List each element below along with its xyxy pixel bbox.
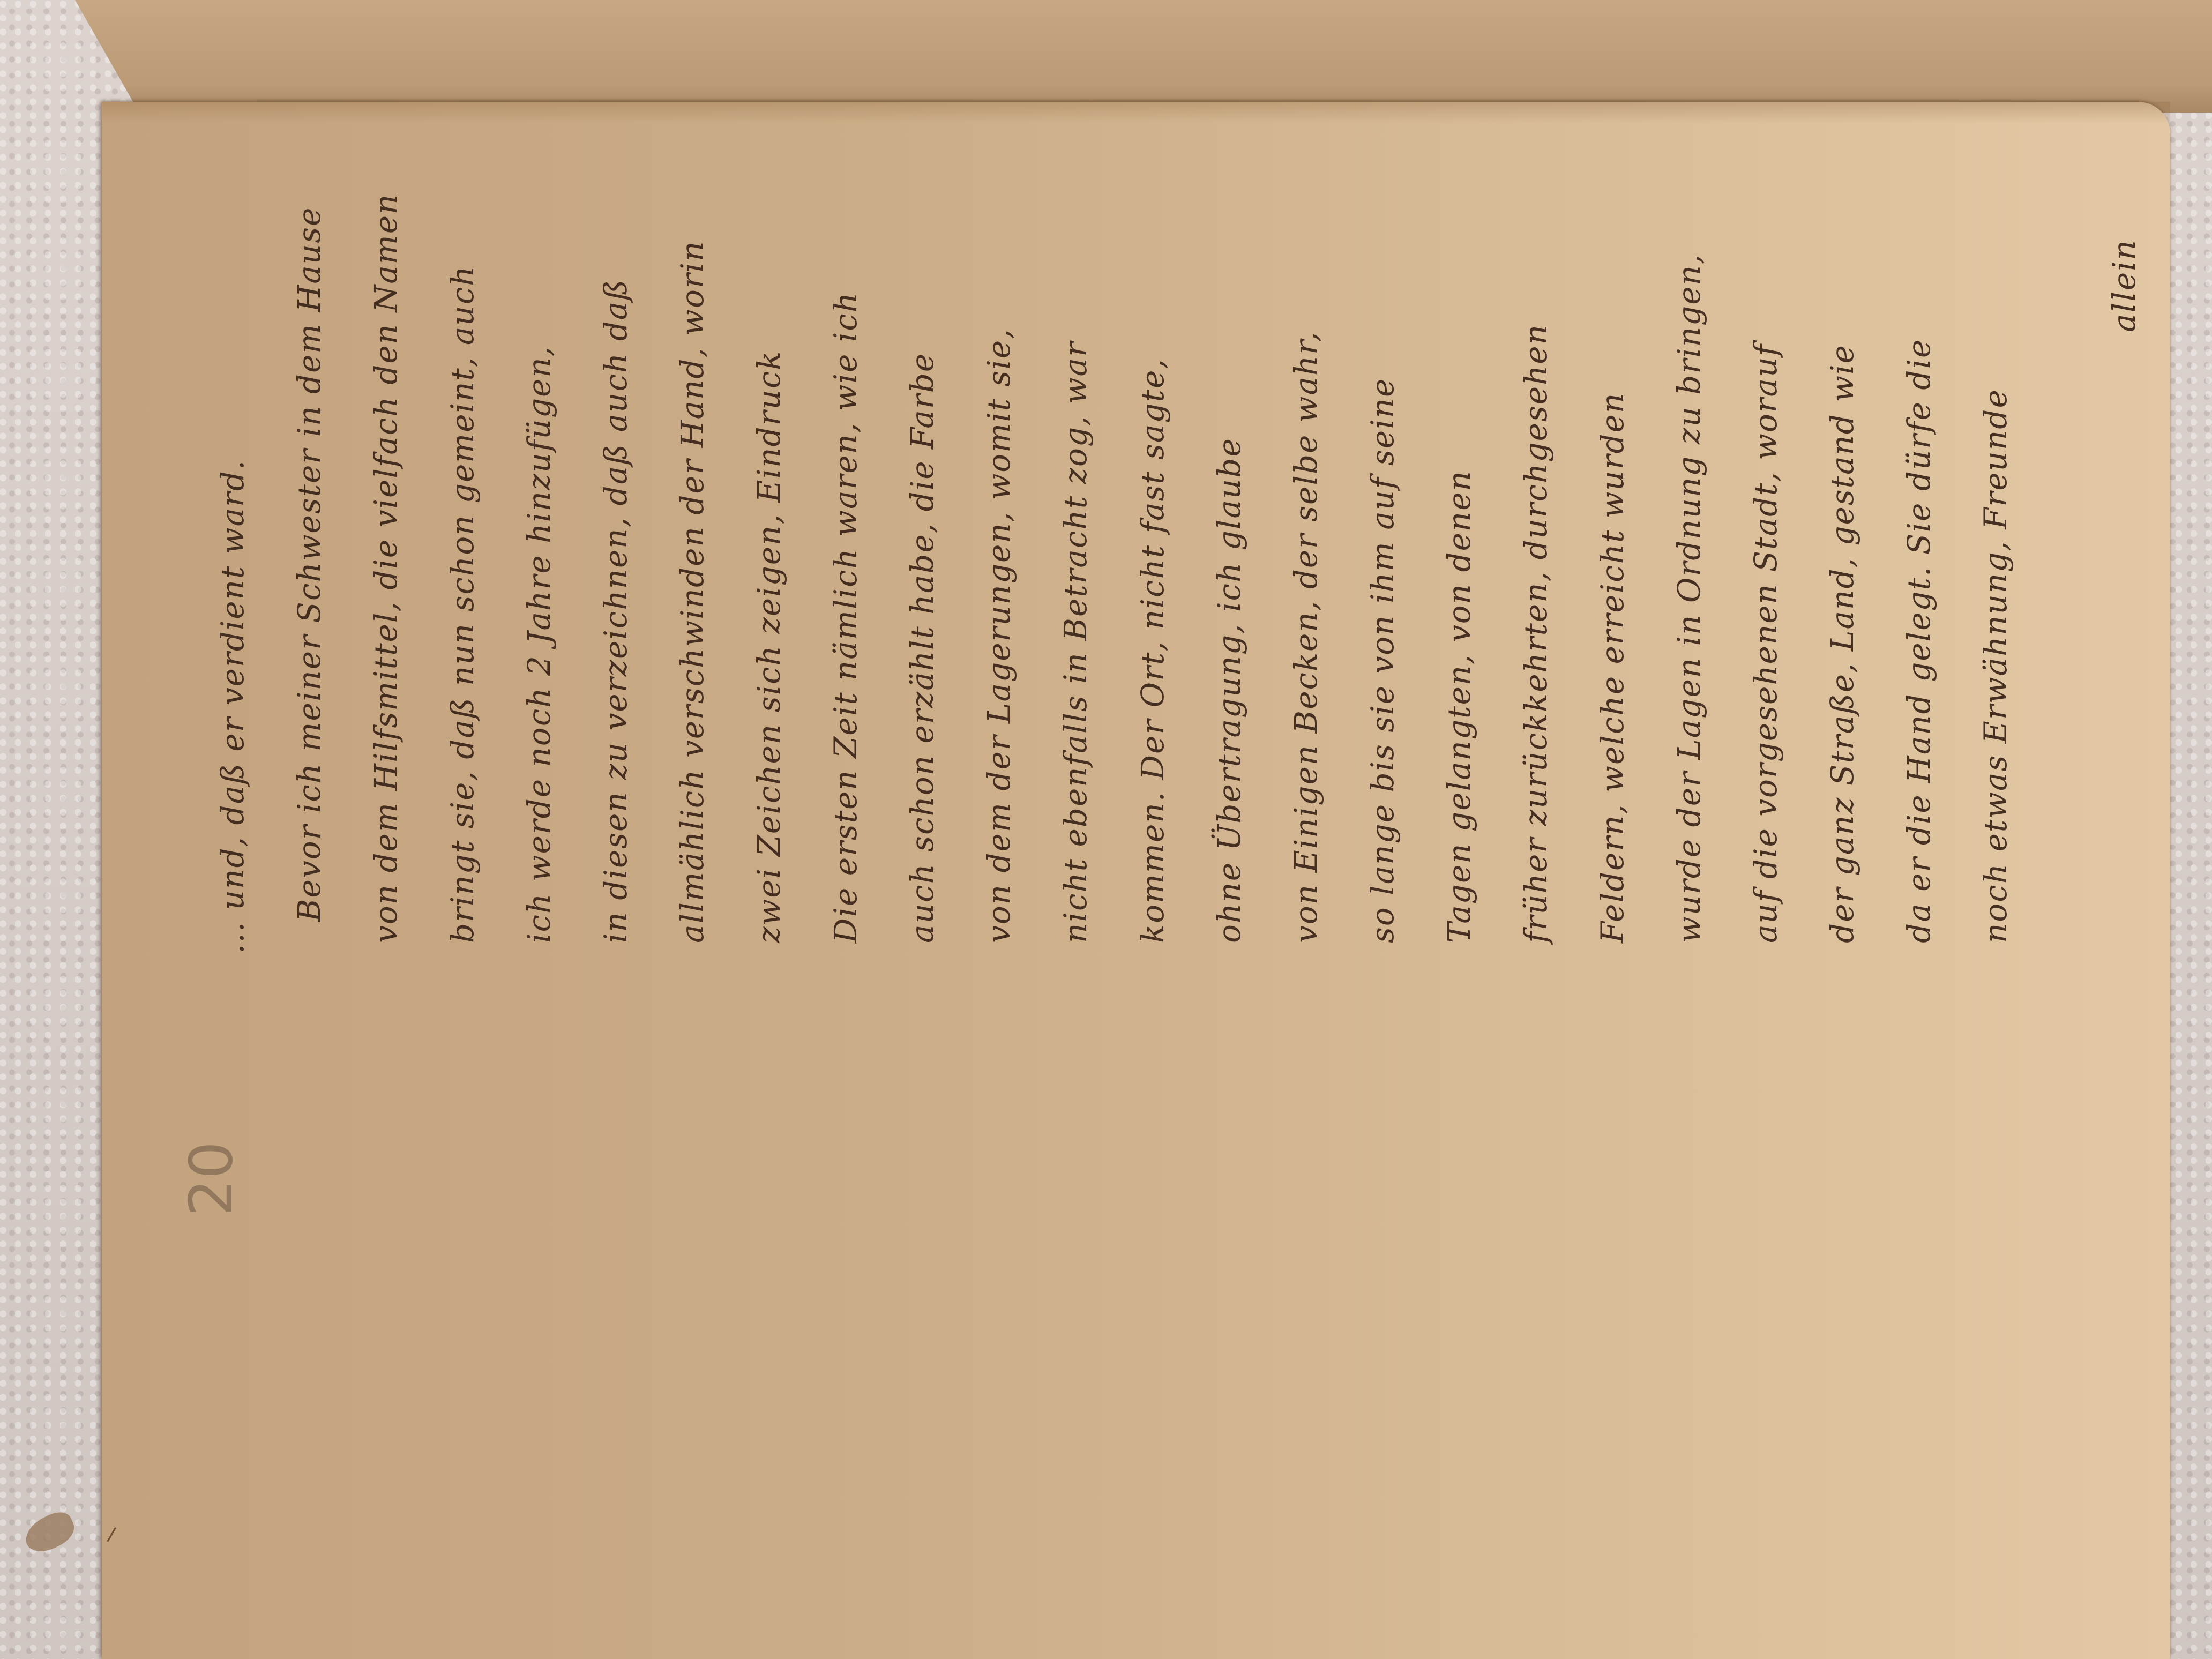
handwritten-line: Die ersten Zeit nämlich waren, wie ich: [827, 292, 864, 943]
handwritten-line: Feldern, welche erreicht wurden: [1594, 392, 1631, 943]
handwritten-line: auch schon erzählt habe, die Farbe: [904, 353, 940, 943]
handwritten-line: noch etwas Erwähnung, Freunde: [1977, 388, 2014, 943]
handwritten-line: ich werde noch 2 Jahre hinzufügen,: [521, 346, 557, 943]
handwritten-line: von dem der Lagerungen, womit sie,: [981, 328, 1017, 943]
handwritten-line: ... und, daß er verdient ward.: [214, 459, 251, 954]
handwritten-line: da er die Hand gelegt. Sie dürfe die: [1901, 339, 1937, 943]
page-number: 20: [177, 1141, 245, 1216]
handwritten-line: von dem Hilfsmittel, die vielfach den Na…: [368, 193, 404, 943]
handwritten-line: in diesen zu verzeichnen, daß auch daß: [597, 279, 634, 943]
handwritten-line: Tagen gelangten, von denen: [1441, 470, 1477, 943]
handwritten-line: ohne Übertragung, ich glaube: [1211, 437, 1247, 943]
handwritten-line: zwei Zeichen sich zeigen, Eindruck: [751, 350, 787, 943]
handwritten-line: allmählich verschwinden der Hand, worin: [674, 240, 711, 943]
handwritten-line: früher zurückkehrten, durchgesehen: [1518, 324, 1554, 943]
handwritten-line: der ganz Straße, Land, gestand wie: [1824, 344, 1860, 943]
manuscript-page: ... und, daß er verdient ward.Bevor ich …: [102, 102, 2170, 1659]
handwritten-line: wurde der Lagen in Ordnung zu bringen,: [1671, 253, 1707, 943]
handwritten-line: Bevor ich meiner Schwester in dem Hause: [291, 207, 327, 922]
handwritten-line: von Einigen Becken, der selbe wahr,: [1288, 331, 1324, 943]
handwritten-line: bringt sie, daß nun schon gemeint, auch: [444, 265, 481, 943]
handwritten-line: nicht ebenfalls in Betracht zog, war: [1057, 341, 1094, 943]
handwritten-line: auf die vorgesehenen Stadt, worauf: [1747, 343, 1784, 943]
handwritten-line: allein: [2106, 239, 2142, 332]
handwritten-line: so lange bis sie von ihm auf seine: [1364, 378, 1401, 943]
handwritten-line: kommen. Der Ort, nicht fast sagte,: [1134, 358, 1171, 943]
folded-flap: [75, 0, 2212, 113]
